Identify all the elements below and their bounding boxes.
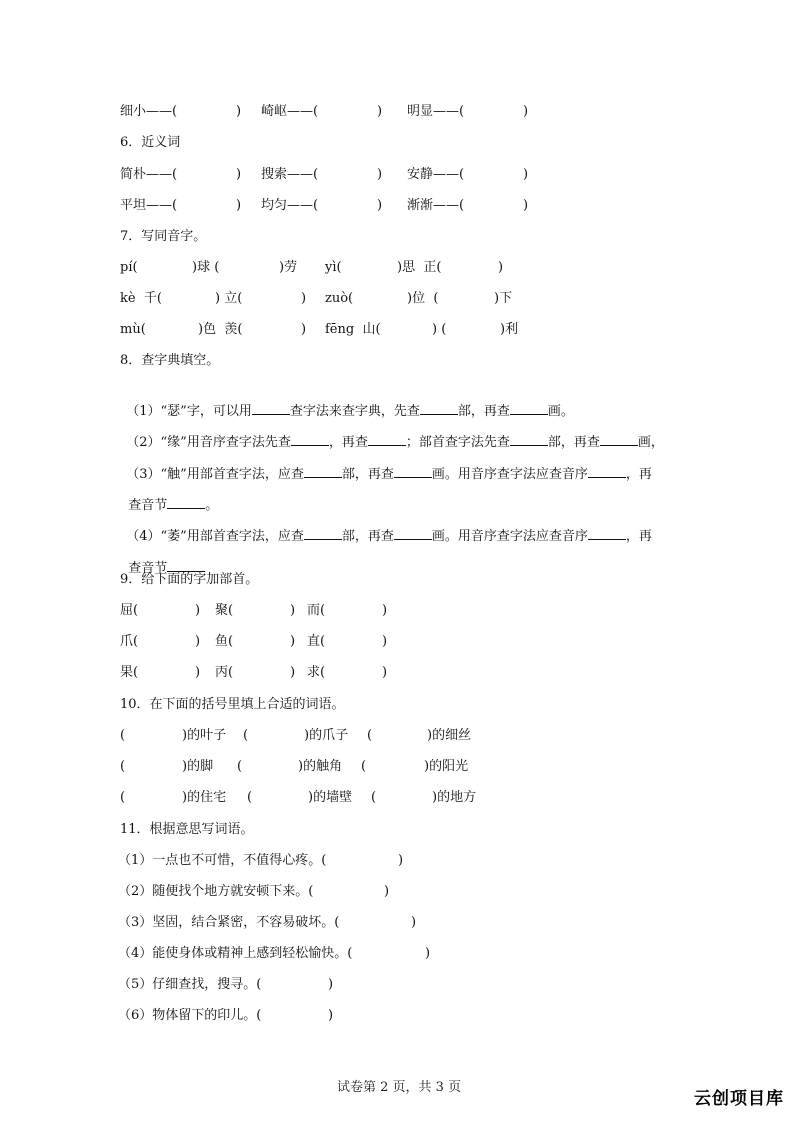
q7-seg: ) 立( [215,290,242,308]
q9-seg: 爪( [120,633,138,651]
q7-seg: ) [301,290,306,308]
q11-close: ) [328,976,333,994]
answer-blank[interactable] [291,432,329,446]
answer-blank[interactable] [600,432,638,446]
answer-blank[interactable] [588,526,626,540]
q7-title: 7．写同音字。 [120,228,206,246]
q8-text: 部，再查 [342,467,394,482]
q10-seg: ( [120,789,125,807]
page-number: 试卷第 2 页，共 3 页 [337,1076,461,1095]
q10-seg: ( [120,727,125,745]
q11-close: ) [398,852,403,870]
q7-seg: ) ( [432,321,446,339]
q8-title: 8．查字典填空。 [120,352,219,370]
q11-text: （4）能使身体或精神上感到轻松愉快。( [118,945,352,963]
q7-seg: )色 羡( [198,321,242,339]
q7-seg: fēng 山( [325,321,381,339]
q6-close: ) [377,197,382,215]
q10-title: 10．在下面的括号里填上合适的词语。 [120,696,345,714]
q11-text: （2）随便找个地方就安顿下来。( [118,883,313,901]
q11-title: 11．根据意思写词语。 [120,821,254,839]
q9-seg: ) [382,602,387,620]
answer-blank[interactable] [420,401,458,415]
q10-seg: ( [243,727,248,745]
q8-text: 画。用音序查字法应查音序 [432,529,588,544]
q7-seg: )思 正( [397,259,441,277]
q11-text: （6）物体留下的印儿。( [118,1007,261,1025]
q6-word: 平坦——( [120,197,177,215]
q10-seg: )的触角 [298,758,342,776]
q9-title: 9．给下面的字加部首。 [120,571,258,589]
q11-text: （3）坚固，结合紧密，不容易破坏。( [118,914,339,932]
q9-seg: 聚( [215,602,233,620]
q6-close: ) [236,166,241,184]
q7-seg: )下 [494,290,512,308]
q10-seg: )的脚 [182,758,213,776]
q5-item-close: ) [377,103,382,121]
answer-blank[interactable] [394,464,432,478]
q10-seg: )的墙壁 [308,789,352,807]
q5-item-close: ) [523,103,528,121]
q10-seg: )的爪子 [304,727,348,745]
q10-seg: ( [367,727,372,745]
q6-title: 6．近义词 [120,134,180,152]
q9-seg: 直( [307,633,325,651]
q10-seg: ( [237,758,242,776]
q10-seg: ( [120,758,125,776]
q9-seg: ) [382,664,387,682]
q8-text: 部，再查 [342,529,394,544]
q6-close: ) [523,197,528,215]
q9-seg: 屈( [120,602,138,620]
q8-text: ，再 [626,467,652,482]
q11-text: （1）一点也不可惜，不值得心疼。( [118,852,326,870]
q9-seg: ) [195,664,200,682]
q9-seg: ) [290,602,295,620]
q7-seg: )劳 [279,259,297,277]
q7-seg: ) [498,259,503,277]
q10-seg: ( [247,789,252,807]
q7-seg: ) [301,321,306,339]
answer-blank[interactable] [510,432,548,446]
answer-blank[interactable] [394,526,432,540]
q10-seg: )的地方 [432,789,476,807]
q5-item-word: 明显——( [407,103,464,121]
answer-blank[interactable] [588,464,626,478]
q10-seg: ( [371,789,376,807]
q5-item-word: 细小——( [120,103,177,121]
q11-close: ) [411,914,416,932]
q9-seg: 丙( [215,664,233,682]
answer-blank[interactable] [167,558,205,572]
q7-seg: zuò( [325,290,353,308]
q11-close: ) [328,1007,333,1025]
q5-item-word: 崎岖——( [261,103,318,121]
q6-close: ) [377,166,382,184]
answer-blank[interactable] [510,401,548,415]
q11-close: ) [384,883,389,901]
q10-seg: )的住宅 [182,789,226,807]
q9-seg: ) [290,633,295,651]
q9-seg: 求( [307,664,325,682]
q8-text: ，再 [626,529,652,544]
q7-seg: pí( [120,259,138,277]
q7-seg: )球 ( [192,259,219,277]
q9-seg: 果( [120,664,138,682]
q7-seg: kè 千( [120,290,162,308]
answer-blank[interactable] [252,401,290,415]
q7-seg: mù( [120,321,146,339]
q11-close: ) [425,945,430,963]
q6-close: ) [523,166,528,184]
q9-seg: 而( [307,602,325,620]
q11-text: （5）仔细查找，搜寻。( [118,976,261,994]
answer-blank[interactable] [167,495,205,509]
q9-seg: ) [382,633,387,651]
q7-seg: )位 ( [407,290,438,308]
q9-seg: ) [195,602,200,620]
q5-item-close: ) [236,103,241,121]
answer-blank[interactable] [304,464,342,478]
q9-seg: 鱼( [215,633,233,651]
q7-seg: yì( [325,259,342,277]
q10-seg: )的阳光 [424,758,468,776]
q6-word: 简朴——( [120,166,177,184]
q6-word: 渐渐——( [407,197,464,215]
q6-word: 均匀——( [261,197,318,215]
q10-seg: )的叶子 [182,727,226,745]
q8-text: 画。用音序查字法应查音序 [432,467,588,482]
q10-seg: ( [361,758,366,776]
answer-blank[interactable] [368,432,406,446]
q6-word: 搜索——( [261,166,318,184]
q9-seg: ) [195,633,200,651]
q6-close: ) [236,197,241,215]
q7-seg: )利 [500,321,518,339]
watermark-logo: 云创项目库 [694,1084,784,1109]
q9-seg: ) [290,664,295,682]
q10-seg: )的细丝 [427,727,471,745]
answer-blank[interactable] [304,526,342,540]
q6-word: 安静——( [407,166,464,184]
